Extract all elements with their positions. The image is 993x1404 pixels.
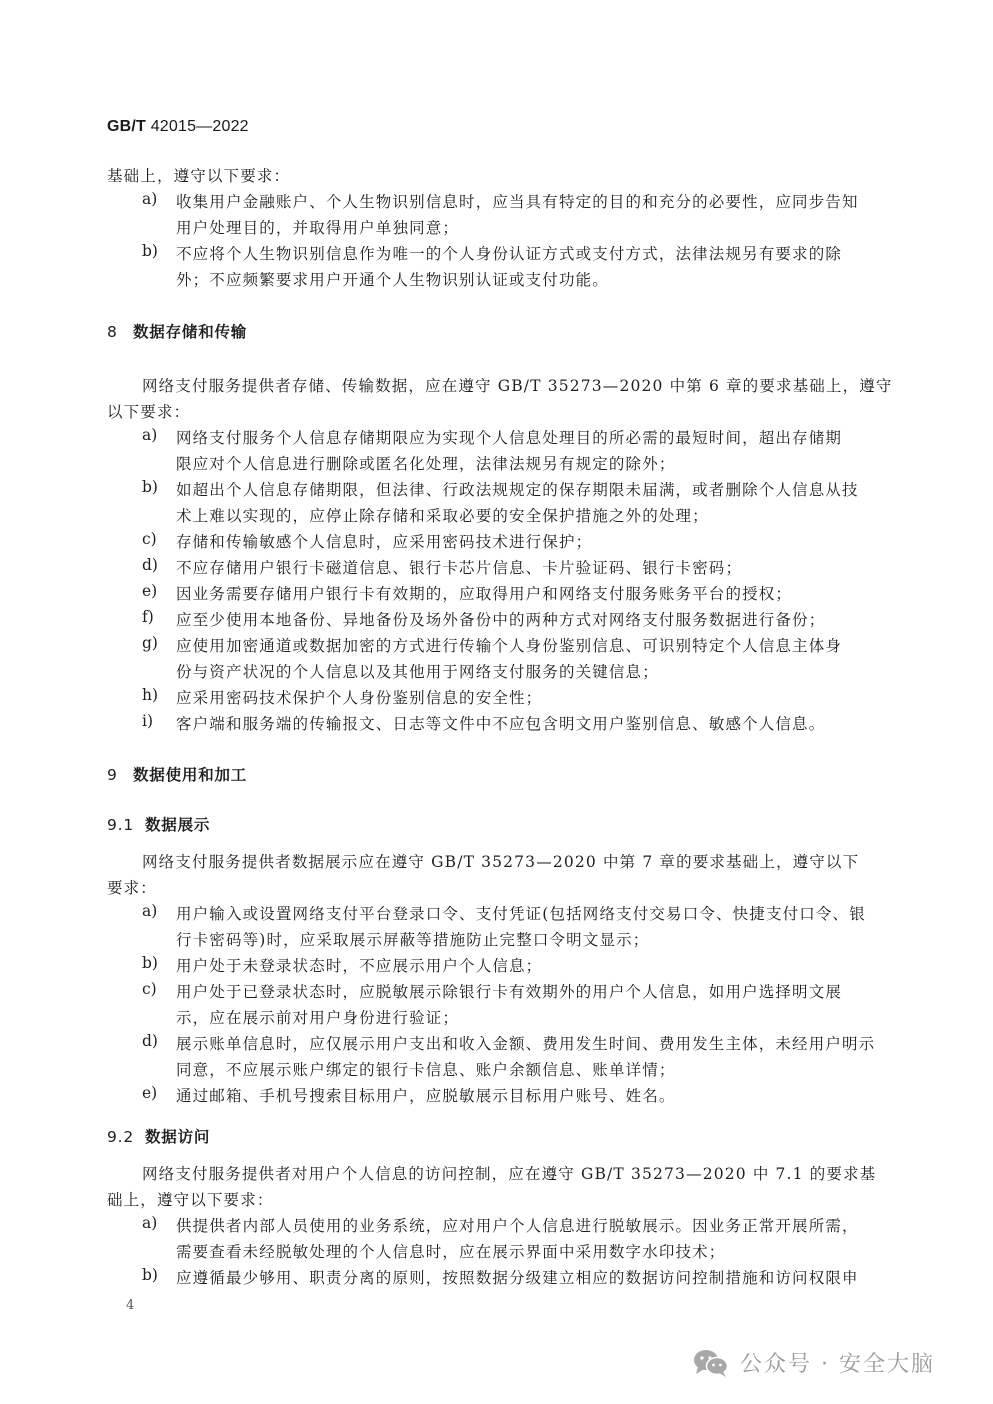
- item-label: g): [142, 633, 158, 653]
- item-label: i): [142, 711, 153, 731]
- section-title: 数据访问: [145, 1128, 210, 1146]
- item-label: a): [142, 1213, 157, 1233]
- item-line: 限应对个人信息进行删除或匿名化处理，法律法规另有规定的除外；: [176, 451, 877, 477]
- item-line: 应遵循最少够用、职责分离的原则，按照数据分级建立相应的数据访问控制措施和访问权限…: [176, 1265, 877, 1291]
- item-label: a): [142, 901, 157, 921]
- item-label: h): [142, 685, 158, 705]
- paragraph-line: 网络支付服务提供者对用户个人信息的访问控制，应在遵守 GB/T 35273—20…: [107, 1161, 877, 1187]
- paragraph-line: 础上，遵守以下要求：: [107, 1187, 877, 1213]
- item-line: 因业务需要存储用户银行卡有效期的，应取得用户和网络支付服务账务平台的授权；: [176, 581, 877, 607]
- section-8-intro: 网络支付服务提供者存储、传输数据，应在遵守 GB/T 35273—2020 中第…: [107, 373, 877, 425]
- item-line: 需要查看未经脱敏处理的个人信息时，应在展示界面中采用数字水印技术；: [176, 1239, 877, 1265]
- item-line: 如超出个人信息存储期限，但法律、行政法规规定的保存期限未届满，或者删除个人信息从…: [176, 477, 877, 503]
- section-number: 9.2: [107, 1127, 145, 1147]
- item-label: d): [142, 1031, 158, 1051]
- item-label: b): [142, 241, 158, 261]
- item-label: a): [142, 425, 157, 445]
- standard-prefix: GB/T: [107, 118, 146, 135]
- paragraph-line: 要求：: [107, 875, 877, 901]
- item-label: c): [142, 529, 157, 549]
- item-line: 外；不应频繁要求用户开通个人生物识别认证或支付功能。: [176, 267, 877, 293]
- paragraph-line: 网络支付服务提供者数据展示应在遵守 GB/T 35273—2020 中第 7 章…: [107, 849, 877, 875]
- item-label: b): [142, 477, 158, 497]
- section-number: 9: [107, 765, 133, 785]
- item-label: e): [142, 1083, 157, 1103]
- item-line: 应使用加密通道或数据加密的方式进行传输个人身份鉴别信息、可识别特定个人信息主体身: [176, 633, 877, 659]
- paragraph-line: 网络支付服务提供者存储、传输数据，应在遵守 GB/T 35273—2020 中第…: [107, 373, 877, 399]
- item-line: 应至少使用本地备份、异地备份及场外备份中的两种方式对网络支付服务数据进行备份；: [176, 607, 877, 633]
- item-line: 同意，不应展示账户绑定的银行卡信息、账户余额信息、账单详情；: [176, 1057, 877, 1083]
- item-label: b): [142, 953, 158, 973]
- item-label: a): [142, 189, 157, 209]
- item-line: 行卡密码等)时，应采取展示屏蔽等措施防止完整口令明文显示；: [176, 927, 877, 953]
- item-label: b): [142, 1265, 158, 1285]
- item-line: 应采用密码技术保护个人身份鉴别信息的安全性；: [176, 685, 877, 711]
- item-label: e): [142, 581, 157, 601]
- item-line: 不应存储用户银行卡磁道信息、银行卡芯片信息、卡片验证码、银行卡密码；: [176, 555, 877, 581]
- item-line: 通过邮箱、手机号搜索目标用户，应脱敏展示目标用户账号、姓名。: [176, 1083, 877, 1109]
- page-number: 4: [126, 1298, 134, 1313]
- standard-header: GB/T 42015—2022: [107, 118, 249, 136]
- item-line: 展示账单信息时，应仅展示用户支出和收入金额、费用发生时间、费用发生主体，未经用户…: [176, 1031, 877, 1057]
- section-number: 9.1: [107, 815, 145, 835]
- item-line: 网络支付服务个人信息存储期限应为实现个人信息处理目的所必需的最短时间，超出存储期: [176, 425, 877, 451]
- section-title: 数据使用和加工: [133, 766, 247, 784]
- section-9-1-heading: 9.1数据展示: [107, 815, 210, 835]
- item-line: 用户处理目的，并取得用户单独同意；: [176, 215, 877, 241]
- wechat-icon: [692, 1348, 730, 1378]
- paragraph-line: 以下要求：: [107, 399, 877, 425]
- item-line: 份与资产状况的个人信息以及其他用于网络支付服务的关键信息；: [176, 659, 877, 685]
- item-line: 不应将个人生物识别信息作为唯一的个人身份认证方式或支付方式，法律法规另有要求的除: [176, 241, 877, 267]
- item-label: f): [142, 607, 154, 627]
- standard-number: 42015—2022: [151, 118, 249, 135]
- item-line: 示，应在展示前对用户身份进行验证；: [176, 1005, 877, 1031]
- section-9-2-intro: 网络支付服务提供者对用户个人信息的访问控制，应在遵守 GB/T 35273—20…: [107, 1161, 877, 1213]
- item-label: d): [142, 555, 158, 575]
- item-line: 供提供者内部人员使用的业务系统，应对用户个人信息进行脱敏展示。因业务正常开展所需…: [176, 1213, 877, 1239]
- item-label: c): [142, 979, 157, 999]
- section-8-heading: 8数据存储和传输: [107, 322, 247, 342]
- section-number: 8: [107, 322, 133, 342]
- item-line: 存储和传输敏感个人信息时，应采用密码技术进行保护；: [176, 529, 877, 555]
- watermark: 公众号 · 安全大脑: [692, 1347, 935, 1378]
- item-line: 用户处于未登录状态时，不应展示用户个人信息；: [176, 953, 877, 979]
- watermark-text: 公众号 · 安全大脑: [740, 1347, 935, 1378]
- section-title: 数据展示: [145, 816, 210, 834]
- section-9-heading: 9数据使用和加工: [107, 765, 247, 785]
- item-line: 收集用户金融账户、个人生物识别信息时，应当具有特定的目的和充分的必要性，应同步告…: [176, 189, 877, 215]
- item-line: 用户输入或设置网络支付平台登录口令、支付凭证(包括网络支付交易口令、快捷支付口令…: [176, 901, 877, 927]
- section-title: 数据存储和传输: [133, 323, 247, 341]
- item-line: 客户端和服务端的传输报文、日志等文件中不应包含明文用户鉴别信息、敏感个人信息。: [176, 711, 877, 737]
- item-line: 用户处于已登录状态时，应脱敏展示除银行卡有效期外的用户个人信息，如用户选择明文展: [176, 979, 877, 1005]
- continuation-paragraph: 基础上，遵守以下要求：: [107, 163, 877, 189]
- item-line: 术上难以实现的，应停止除存储和采取必要的安全保护措施之外的处理；: [176, 503, 877, 529]
- section-9-1-intro: 网络支付服务提供者数据展示应在遵守 GB/T 35273—2020 中第 7 章…: [107, 849, 877, 901]
- paragraph-line: 基础上，遵守以下要求：: [107, 163, 877, 189]
- section-9-2-heading: 9.2数据访问: [107, 1127, 210, 1147]
